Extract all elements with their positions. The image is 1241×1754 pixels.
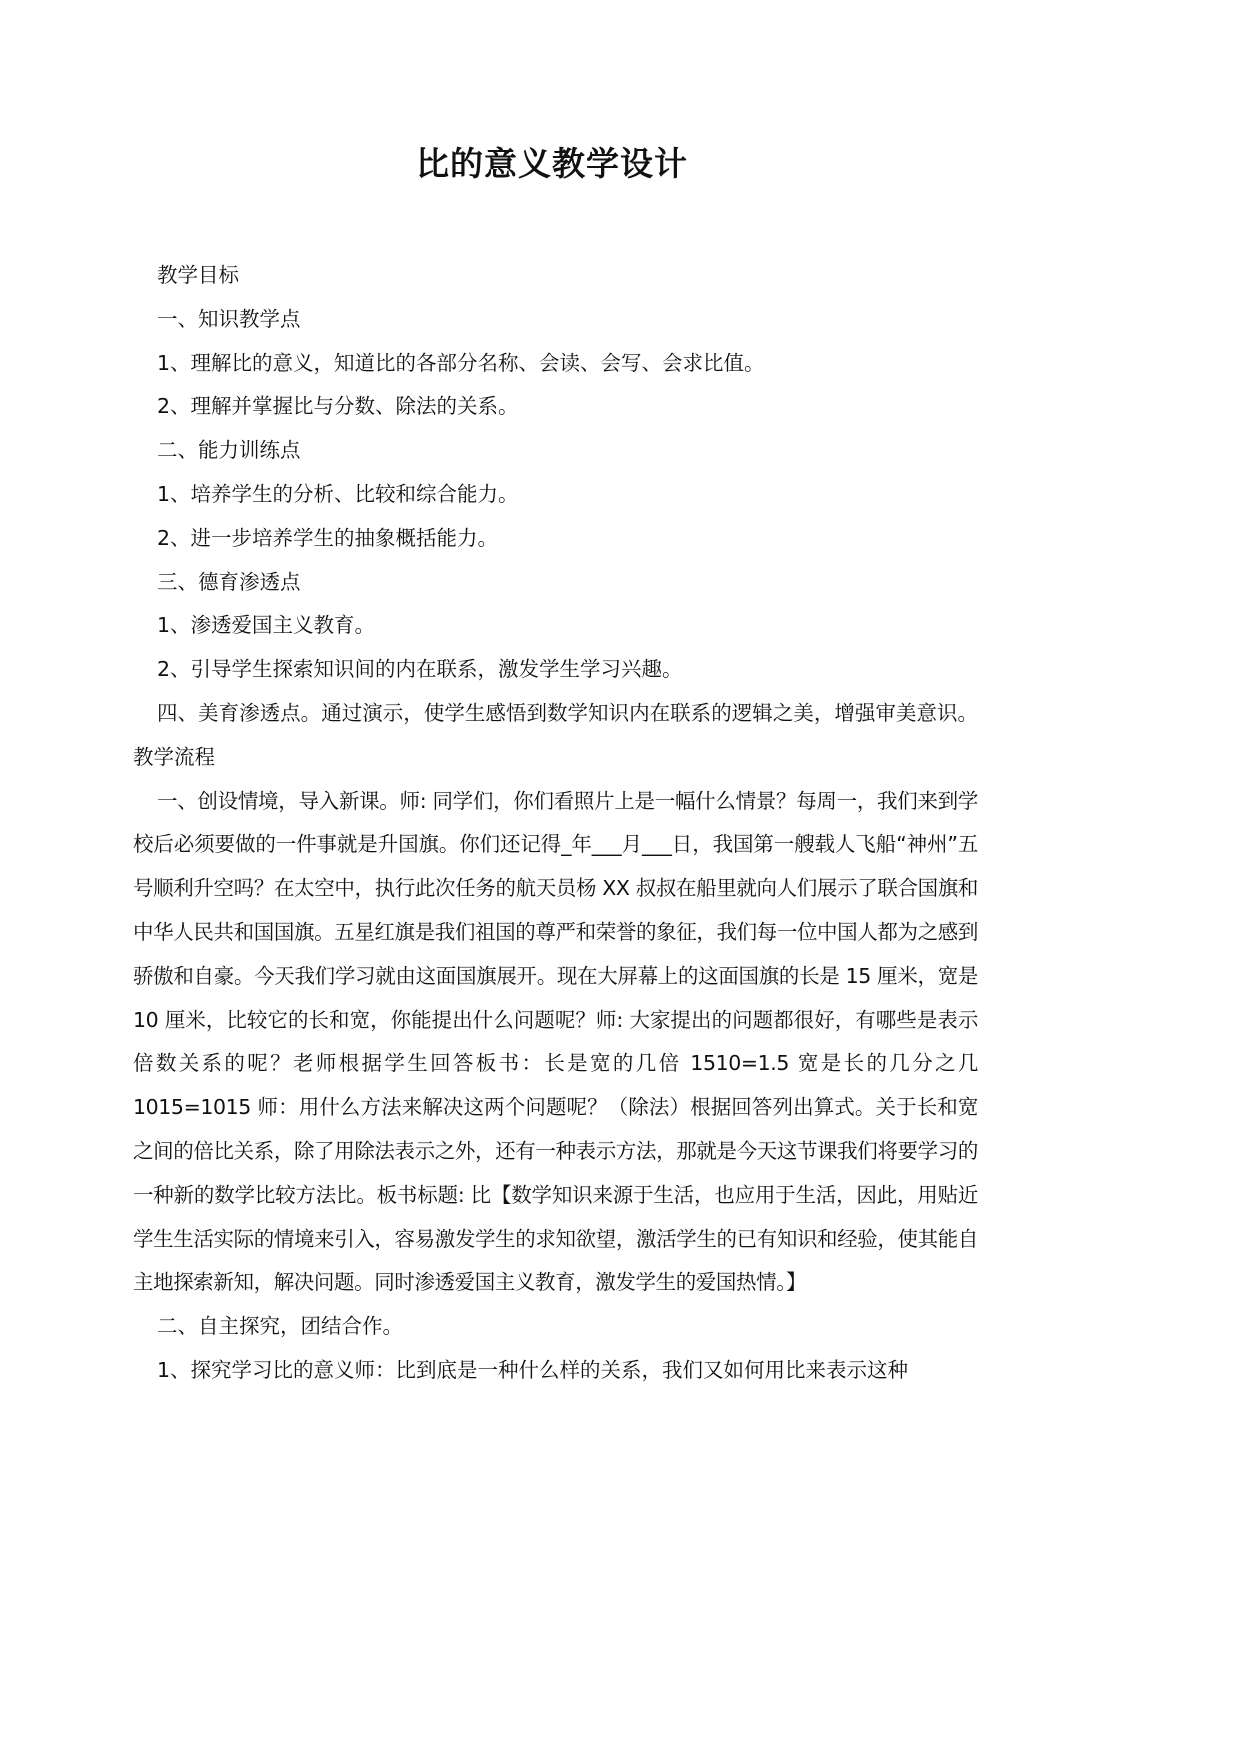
- document-title: 比的意义教学设计: [0, 138, 1104, 185]
- section-ability-points: 二、能力训练点: [133, 429, 978, 473]
- section-aesthetic-points: 四、美育渗透点。通过演示，使学生感悟到数学知识内在联系的逻辑之美，增强审美意识。…: [133, 692, 978, 780]
- document-body: 教学目标 一、知识教学点 1、理解比的意义，知道比的各部分名称、会读、会写、会求…: [133, 254, 978, 1393]
- section-introduction: 一、创设情境，导入新课。师: 同学们，你们看照片上是一幅什么情景？每周一，我们来…: [133, 780, 978, 1306]
- heading-teaching-goals: 教学目标: [133, 254, 978, 298]
- list-item: 1、培养学生的分析、比较和综合能力。: [133, 473, 978, 517]
- section-exploration: 二、自主探究，团结合作。: [133, 1305, 978, 1349]
- list-item: 2、理解并掌握比与分数、除法的关系。: [133, 385, 978, 429]
- section-knowledge-points: 一、知识教学点: [133, 298, 978, 342]
- list-item: 1、理解比的意义，知道比的各部分名称、会读、会写、会求比值。: [133, 342, 978, 386]
- list-item: 1、探究学习比的意义师：比到底是一种什么样的关系，我们又如何用比来表示这种: [133, 1349, 978, 1393]
- list-item: 2、引导学生探索知识间的内在联系，激发学生学习兴趣。: [133, 648, 978, 692]
- list-item: 2、进一步培养学生的抽象概括能力。: [133, 517, 978, 561]
- list-item: 1、渗透爱国主义教育。: [133, 604, 978, 648]
- section-moral-points: 三、德育渗透点: [133, 561, 978, 605]
